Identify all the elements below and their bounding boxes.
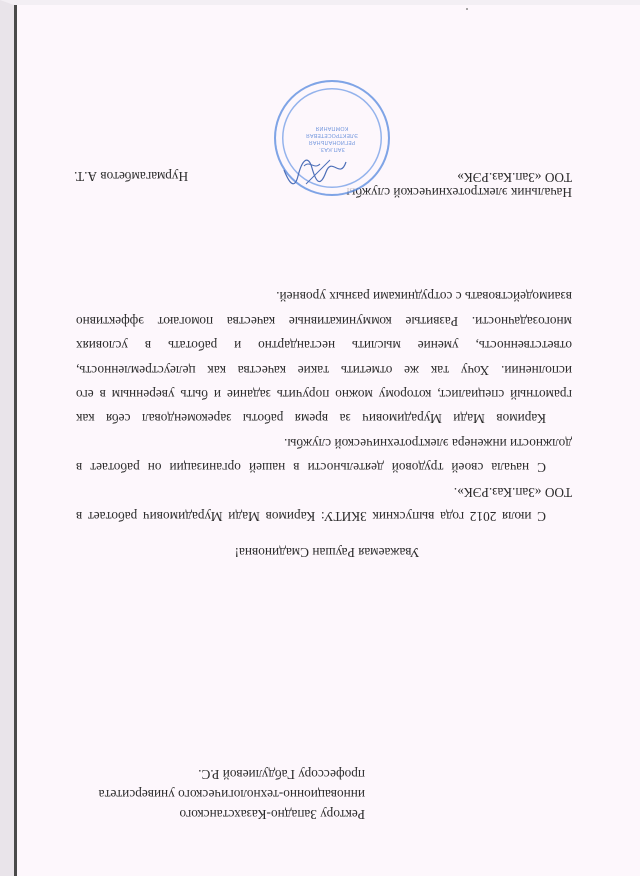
addressee-line: Ректору Западно-Казахстанского (45, 804, 365, 824)
addressee-line: инновационно-технологического университе… (45, 784, 365, 804)
handwritten-signature-icon (280, 150, 350, 190)
body-paragraph: Каримов Мади Мурадимович за время работы… (76, 284, 572, 430)
addressee-line: профессору Габдулиевой Р.С. (45, 764, 365, 784)
addressee-block: Ректору Западно-Казахстанского инновацио… (45, 764, 365, 824)
body-paragraph: С июля 2012 года выпускник ЗКИТУ: Каримо… (76, 479, 572, 528)
body-paragraph: С начала своей трудовой деятельности в н… (76, 430, 572, 479)
letter-sheet: Ректору Западно-Казахстанского инновацио… (14, 5, 640, 876)
letter-body: С июля 2012 года выпускник ЗКИТУ: Каримо… (76, 284, 572, 528)
scanned-page: Ректору Западно-Казахстанского инновацио… (0, 0, 640, 876)
signer-name: Нурмагамбетов А.Т. (74, 168, 188, 184)
salutation: Уважаемая Раушан Смадиновна! (14, 544, 640, 560)
